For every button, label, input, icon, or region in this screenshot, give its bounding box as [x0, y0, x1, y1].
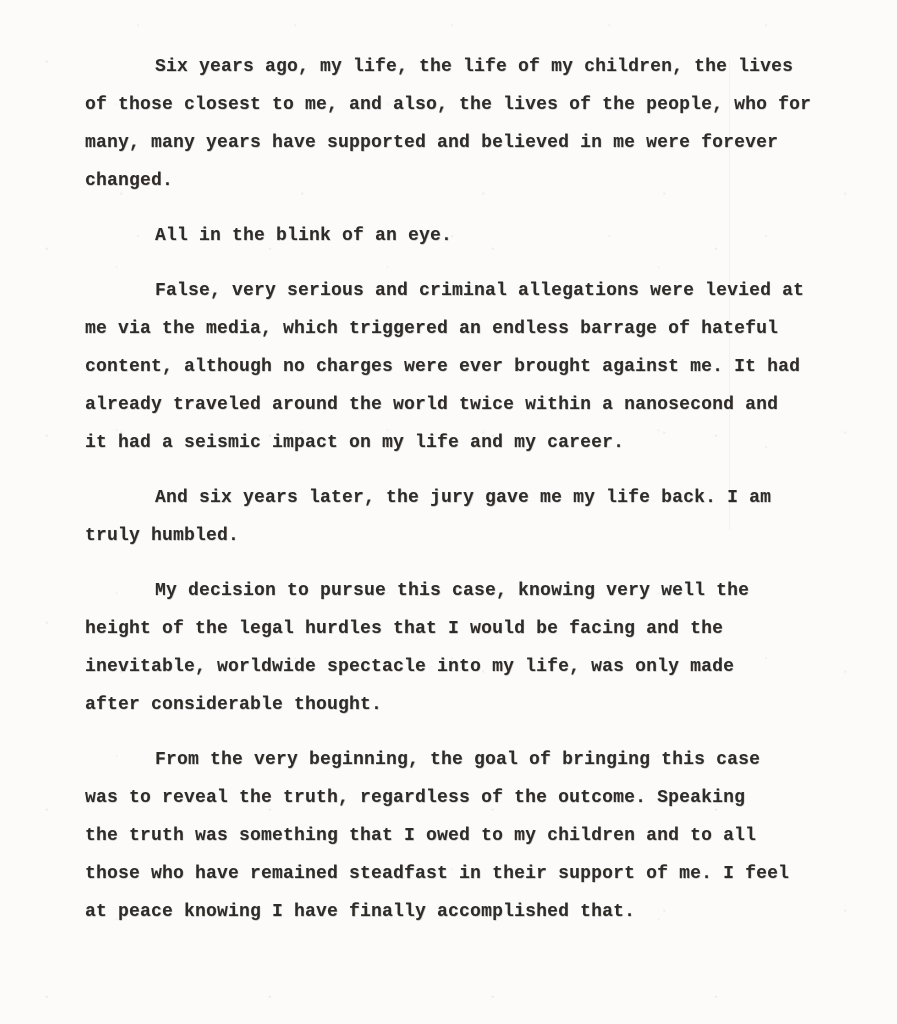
text-line: All in the blink of an eye.	[85, 217, 837, 255]
text-line: the truth was something that I owed to m…	[85, 817, 837, 855]
text-line: those who have remained steadfast in the…	[85, 855, 837, 893]
text-line: inevitable, worldwide spectacle into my …	[85, 648, 837, 686]
text-line: already traveled around the world twice …	[85, 386, 837, 424]
text-line: me via the media, which triggered an end…	[85, 310, 837, 348]
text-line: it had a seismic impact on my life and m…	[85, 424, 837, 462]
text-line: False, very serious and criminal allegat…	[85, 272, 837, 310]
text-line: And six years later, the jury gave me my…	[85, 479, 837, 517]
text-line: after considerable thought.	[85, 686, 837, 724]
paragraph: And six years later, the jury gave me my…	[85, 479, 837, 555]
text-line: at peace knowing I have finally accompli…	[85, 893, 837, 931]
text-line: From the very beginning, the goal of bri…	[85, 741, 837, 779]
paragraph: My decision to pursue this case, knowing…	[85, 572, 837, 724]
text-line: of those closest to me, and also, the li…	[85, 86, 837, 124]
statement-text: Six years ago, my life, the life of my c…	[85, 48, 837, 931]
text-line: height of the legal hurdles that I would…	[85, 610, 837, 648]
text-line: My decision to pursue this case, knowing…	[85, 572, 837, 610]
paragraph: False, very serious and criminal allegat…	[85, 272, 837, 462]
text-line: truly humbled.	[85, 517, 837, 555]
text-line: content, although no charges were ever b…	[85, 348, 837, 386]
paragraph: Six years ago, my life, the life of my c…	[85, 48, 837, 200]
text-line: Six years ago, my life, the life of my c…	[85, 48, 837, 86]
text-line: was to reveal the truth, regardless of t…	[85, 779, 837, 817]
text-line: changed.	[85, 162, 837, 200]
paragraph: All in the blink of an eye.	[85, 217, 837, 255]
text-line: many, many years have supported and beli…	[85, 124, 837, 162]
paragraph: From the very beginning, the goal of bri…	[85, 741, 837, 931]
typewritten-page: Six years ago, my life, the life of my c…	[0, 0, 897, 1024]
